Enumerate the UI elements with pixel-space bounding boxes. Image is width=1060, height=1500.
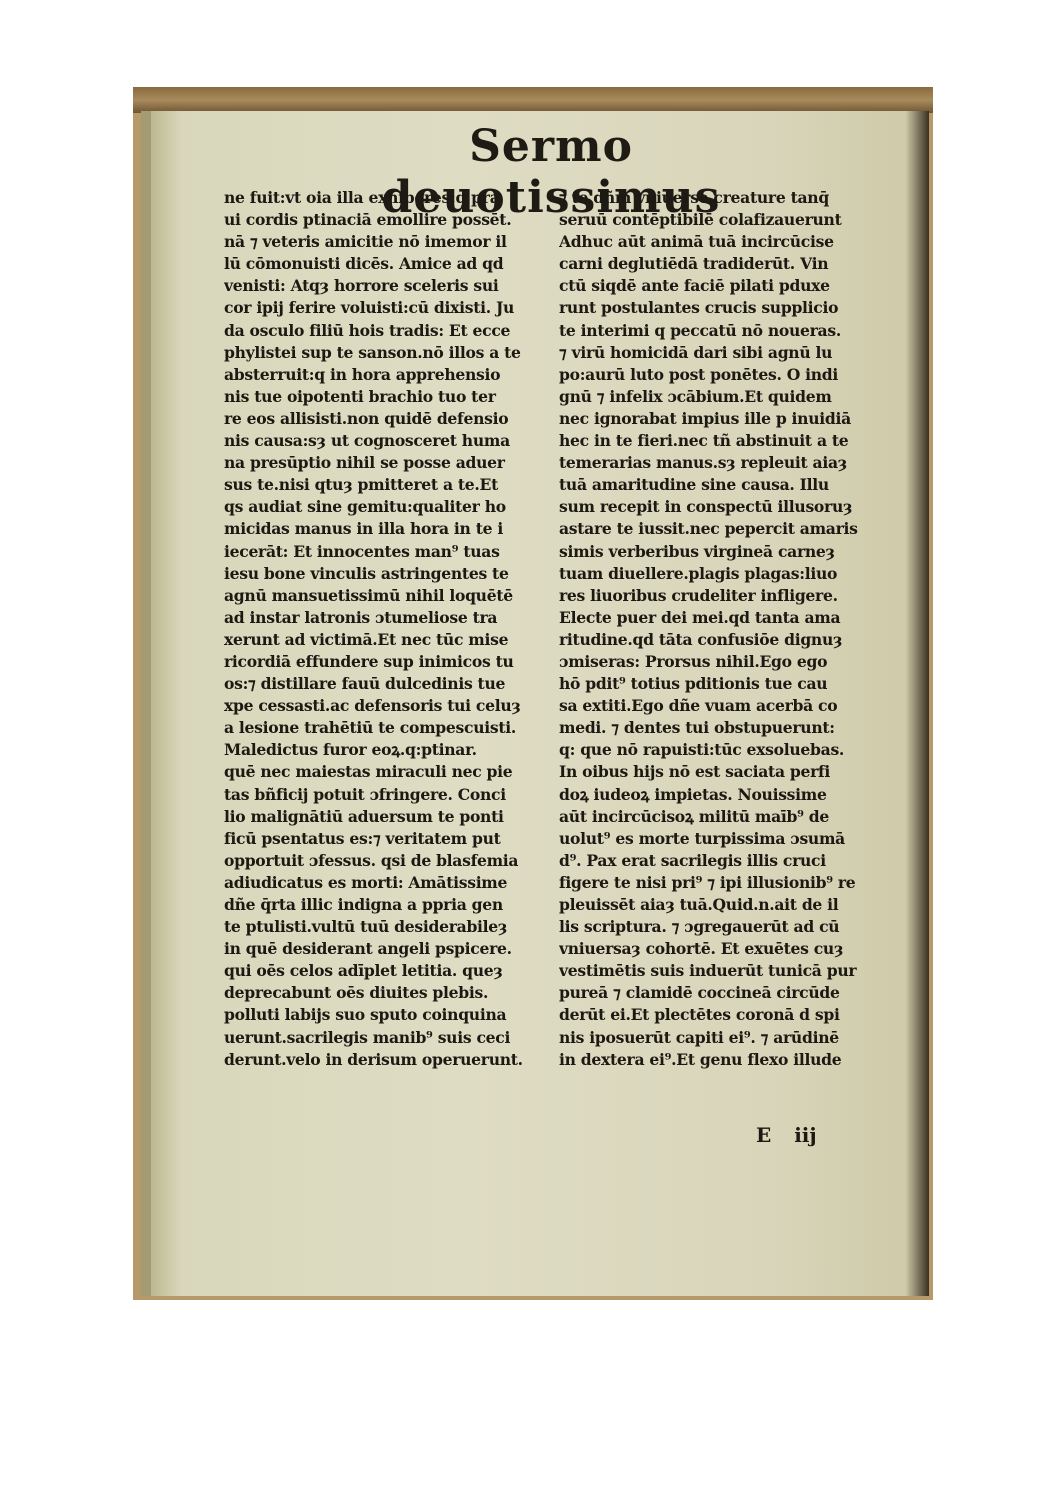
text-line: ficū psentatus es:⁊ veritatem put xyxy=(224,828,554,850)
text-line: runt postulantes crucis supplicio xyxy=(559,297,895,319)
text-line: figere te nisi pri⁹ ⁊ ipi illusionib⁹ re xyxy=(559,872,895,894)
text-line: dñe q̄rta illic indigna a ppria gen xyxy=(224,894,554,916)
text-line: In oibus hijs nō est saciata perfi xyxy=(559,761,895,783)
text-line: nec ignorabat impius ille p inuidiā xyxy=(559,408,895,430)
text-line: nis iposuerūt capiti ei⁹. ⁊ arūdinē xyxy=(559,1027,895,1049)
text-line: micidas manus in illa hora in te i xyxy=(224,518,554,540)
signature-mark: E iij xyxy=(756,1123,817,1147)
text-line: xpe cessasti.ac defensoris tui celuȝ xyxy=(224,695,554,717)
text-line: doꝝ iudeoꝝ impietas. Nouissime xyxy=(559,784,895,806)
text-line: ɔmiseras: Prorsus nihil.Ego ego xyxy=(559,651,895,673)
text-line: adiudicatus es morti: Amātissime xyxy=(224,872,554,894)
text-line: in dextera ei⁹.Et genu flexo illude xyxy=(559,1049,895,1071)
text-line: astare te iussit.nec pepercit amaris xyxy=(559,518,895,540)
right-text-column: ⁊ te dñm vniuerse creature tanq̄seruū co… xyxy=(559,187,895,1071)
text-line: lis scriptura. ⁊ ɔgregauerūt ad cū xyxy=(559,916,895,938)
text-line: ⁊ virū homicidā dari sibi agnū lu xyxy=(559,342,895,364)
text-line: simis verberibus virgineā carneȝ xyxy=(559,541,895,563)
text-line: in quē desiderant angeli pspicere. xyxy=(224,938,554,960)
text-line: derūt ei.Et plectētes coronā d spi xyxy=(559,1004,895,1026)
text-line: sa extiti.Ego dñe vuam acerbā co xyxy=(559,695,895,717)
text-line: vniuersaȝ cohortē. Et exuētes cuȝ xyxy=(559,938,895,960)
text-line: vestimētis suis induerūt tunicā pur xyxy=(559,960,895,982)
text-line: a lesione trahētiū te compescuisti. xyxy=(224,717,554,739)
text-line: po:aurū luto post ponētes. O indi xyxy=(559,364,895,386)
text-line: absterruit:q in hora apprehensio xyxy=(224,364,554,386)
text-line: iecerāt: Et innocentes man⁹ tuas xyxy=(224,541,554,563)
text-line: gnū ⁊ infelix ɔcābium.Et quidem xyxy=(559,386,895,408)
text-line: temerarias manus.sȝ repleuit aiaȝ xyxy=(559,452,895,474)
text-line: quē nec maiestas miraculi nec pie xyxy=(224,761,554,783)
text-line: aūt incircūcisoꝝ militū maīb⁹ de xyxy=(559,806,895,828)
text-line: tuam diuellere.plagis plagas:liuo xyxy=(559,563,895,585)
binding-edge xyxy=(133,87,933,113)
text-line: opportuit ɔfessus. qsi de blasfemia xyxy=(224,850,554,872)
text-line: sus te.nisi qtuȝ pmitteret a te.Et xyxy=(224,474,554,496)
text-line: re eos allisisti.non quidē defensio xyxy=(224,408,554,430)
text-line: carni deglutiēdā tradiderūt. Vin xyxy=(559,253,895,275)
text-line: Adhuc aūt animā tuā incircūcise xyxy=(559,231,895,253)
text-line: deprecabunt oēs diuites plebis. xyxy=(224,982,554,1004)
text-line: te ptulisti.vultū tuū desiderabileȝ xyxy=(224,916,554,938)
text-line: medi. ⁊ dentes tui obstupuerunt: xyxy=(559,717,895,739)
text-line: ctū siqdē ante faciē pilati pduxe xyxy=(559,275,895,297)
text-line: iesu bone vinculis astringentes te xyxy=(224,563,554,585)
text-line: tuā amaritudine sine causa. Illu xyxy=(559,474,895,496)
scanned-page: Sermo deuotissimus ne fuit:vt oia illa e… xyxy=(133,87,933,1300)
text-line: ricordiā effundere sup inimicos tu xyxy=(224,651,554,673)
text-line: uerunt.sacrilegis manib⁹ suis ceci xyxy=(224,1027,554,1049)
text-line: seruū contēptibilē colafizauerunt xyxy=(559,209,895,231)
text-line: ritudine.qd tāta confusiōe dignuȝ xyxy=(559,629,895,651)
text-line: lio malignātiū aduersum te ponti xyxy=(224,806,554,828)
left-text-column: ne fuit:vt oia illa exhiberes:q praui co… xyxy=(224,187,554,1071)
text-line: polluti labijs suo sputo coinquina xyxy=(224,1004,554,1026)
text-line: ui cordis ptinaciā emollire possēt. xyxy=(224,209,554,231)
text-line: hec in te fieri.nec tñ abstinuit a te xyxy=(559,430,895,452)
text-line: res liuoribus crudeliter infligere. xyxy=(559,585,895,607)
text-line: venisti: Atqȝ horrore sceleris sui xyxy=(224,275,554,297)
text-line: agnū mansuetissimū nihil loquētē xyxy=(224,585,554,607)
text-line: pleuissēt aiaȝ tuā.Quid.n.ait de il xyxy=(559,894,895,916)
text-line: tas bñficij potuit ɔfringere. Conci xyxy=(224,784,554,806)
text-line: d⁹. Pax erat sacrilegis illis cruci xyxy=(559,850,895,872)
text-line: cor ipij ferire voluisti:cū dixisti. Ju xyxy=(224,297,554,319)
text-line: nā ⁊ veteris amicitie nō imemor il xyxy=(224,231,554,253)
text-line: Electe puer dei mei.qd tanta ama xyxy=(559,607,895,629)
text-line: phylistei sup te sanson.nō illos a te xyxy=(224,342,554,364)
text-line: na presūptio nihil se posse aduer xyxy=(224,452,554,474)
text-line: qui oēs celos adīplet letitia. queȝ xyxy=(224,960,554,982)
text-line: lū cōmonuisti dicēs. Amice ad qd xyxy=(224,253,554,275)
text-line: os:⁊ distillare fauū dulcedinis tue xyxy=(224,673,554,695)
text-line: derunt.velo in derisum operuerunt. xyxy=(224,1049,554,1071)
text-line: Maledictus furor eoꝝ.q:ptinar. xyxy=(224,739,554,761)
text-line: pureā ⁊ clamidē coccineā circūde xyxy=(559,982,895,1004)
paper-leaf: Sermo deuotissimus ne fuit:vt oia illa e… xyxy=(141,111,929,1296)
text-line: ⁊ te dñm vniuerse creature tanq̄ xyxy=(559,187,895,209)
text-line: xerunt ad victimā.Et nec tūc mise xyxy=(224,629,554,651)
text-line: hō pdit⁹ totius pditionis tue cau xyxy=(559,673,895,695)
text-line: q: que nō rapuisti:tūc exsoluebas. xyxy=(559,739,895,761)
text-line: uolut⁹ es morte turpissima ɔsumā xyxy=(559,828,895,850)
text-line: da osculo filiū hois tradis: Et ecce xyxy=(224,320,554,342)
text-line: sum recepit in conspectū illusoruȝ xyxy=(559,496,895,518)
text-line: te interimi q peccatū nō noueras. xyxy=(559,320,895,342)
text-line: ne fuit:vt oia illa exhiberes:q pra xyxy=(224,187,554,209)
text-line: nis tue oipotenti brachio tuo ter xyxy=(224,386,554,408)
text-line: qs audiat sine gemitu:qualiter ho xyxy=(224,496,554,518)
text-line: ad instar latronis ɔtumeliose tra xyxy=(224,607,554,629)
text-line: nis causa:sȝ ut cognosceret huma xyxy=(224,430,554,452)
